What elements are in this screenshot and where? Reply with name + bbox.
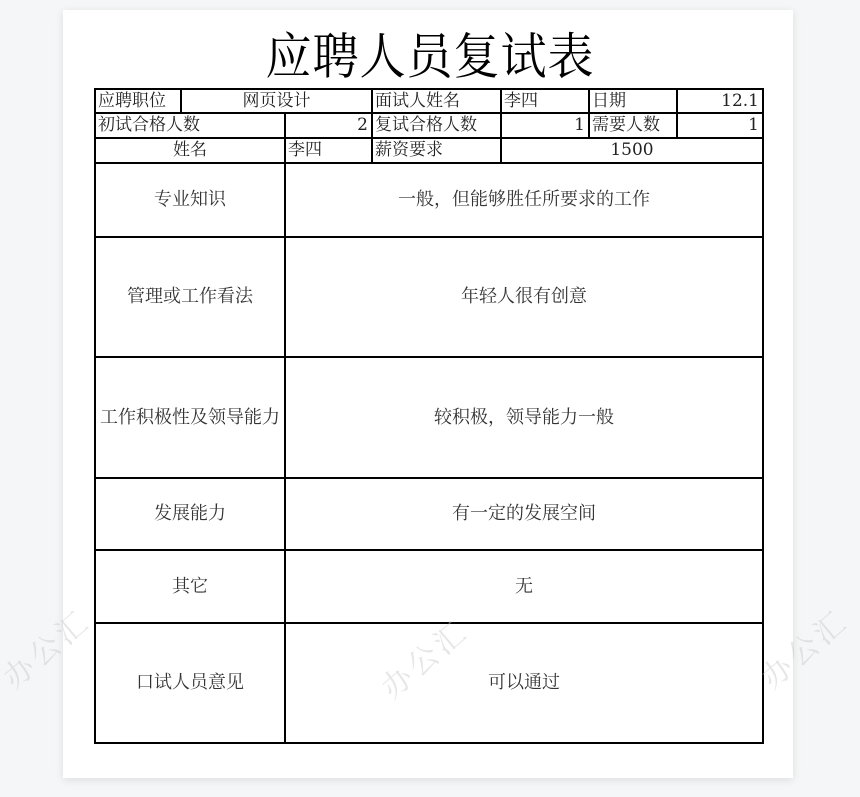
position-label: 应聘职位: [94, 88, 182, 114]
eval-value-other[interactable]: 无: [284, 549, 764, 624]
eval-label-development: 发展能力: [94, 477, 286, 551]
interviewer-label: 面试人姓名: [371, 88, 502, 114]
eval-label-management: 管理或工作看法: [94, 236, 286, 358]
eval-label-professional: 专业知识: [94, 162, 286, 238]
eval-value-management[interactable]: 年轻人很有创意: [284, 236, 764, 358]
date-label: 日期: [588, 88, 678, 114]
interviewer-value[interactable]: 李四: [500, 88, 590, 114]
needed-label: 需要人数: [588, 112, 678, 139]
name-label: 姓名: [94, 137, 286, 164]
eval-label-other: 其它: [94, 549, 286, 624]
eval-value-professional[interactable]: 一般，但能够胜任所要求的工作: [284, 162, 764, 238]
eval-value-development[interactable]: 有一定的发展空间: [284, 477, 764, 551]
eval-label-interviewer-opinion: 口试人员意见: [94, 622, 286, 744]
eval-label-initiative: 工作积极性及领导能力: [94, 356, 286, 479]
first-pass-value[interactable]: 2: [284, 112, 373, 139]
position-value[interactable]: 网页设计: [180, 88, 373, 114]
eval-value-interviewer-opinion[interactable]: 可以通过: [284, 622, 764, 744]
first-pass-label: 初试合格人数: [94, 112, 286, 139]
second-pass-label: 复试合格人数: [371, 112, 502, 139]
salary-value[interactable]: 1500: [500, 137, 764, 164]
form-title: 应聘人员复试表: [0, 24, 860, 89]
salary-label: 薪资要求: [371, 137, 502, 164]
date-value[interactable]: 12.1: [676, 88, 764, 114]
name-value[interactable]: 李四: [284, 137, 373, 164]
eval-value-initiative[interactable]: 较积极，领导能力一般: [284, 356, 764, 479]
second-pass-value[interactable]: 1: [500, 112, 590, 139]
needed-value[interactable]: 1: [676, 112, 764, 139]
